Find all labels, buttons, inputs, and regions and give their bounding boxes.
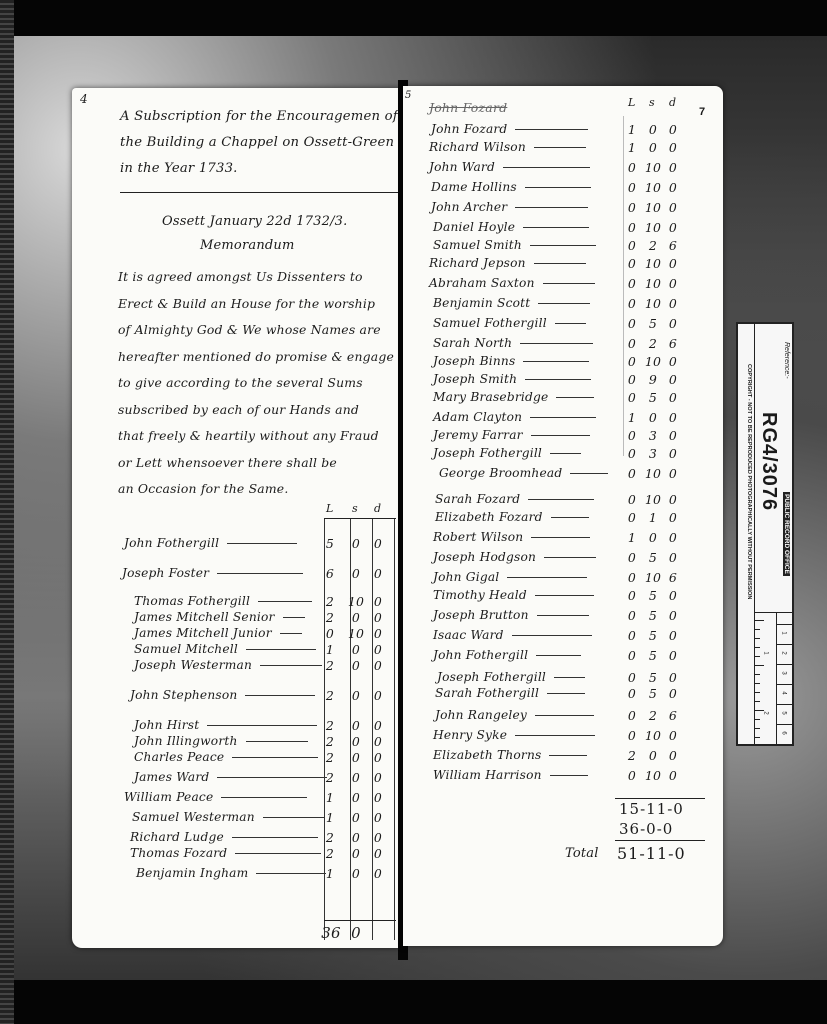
amount-shillings: 5: [643, 686, 663, 701]
amount-shillings: 2: [643, 238, 663, 253]
leader-dash: [221, 797, 307, 798]
subscriber-name: Joseph Binns: [433, 354, 515, 368]
subscriber-name: John Gigal: [433, 570, 499, 584]
scale-tick: [754, 665, 764, 666]
total-rule: [324, 920, 396, 921]
amount-pence: 0: [368, 594, 388, 609]
left-subscription-ledger: LsdJohn Fothergill500Joseph Foster600Tho…: [72, 88, 400, 948]
right-page: 5 Lsd7John FozardJohn Fozard100Richard W…: [403, 86, 723, 946]
amount-pounds: 2: [320, 750, 340, 765]
amount-pounds: 2: [320, 594, 340, 609]
amount-shillings: 0: [346, 810, 366, 825]
subscriber-name: Sarah Fothergill: [435, 686, 539, 700]
amount-pence: 0: [368, 642, 388, 657]
amount-pence: 0: [663, 276, 683, 291]
amount-pounds: 0: [622, 354, 642, 369]
ledger-header-rule: [324, 518, 396, 519]
subscriber-name: Joseph Brutton: [433, 608, 529, 622]
amount-pence: 6: [663, 708, 683, 723]
amount-shillings: 10: [643, 492, 663, 507]
leader-dash: [217, 777, 327, 778]
amount-pence: 0: [368, 846, 388, 861]
amount-pounds: 0: [622, 608, 642, 623]
scale-number: 4: [781, 691, 787, 694]
scale-number: 2: [781, 651, 787, 654]
amount-pence: 0: [368, 734, 388, 749]
subscriber-name: Isaac Ward: [433, 628, 504, 642]
leader-dash: [550, 453, 581, 454]
amount-shillings: 5: [643, 608, 663, 623]
amount-pence: 0: [663, 180, 683, 195]
subscriber-name: John Fozard: [431, 122, 507, 136]
subscriber-name: Joseph Fothergill: [433, 446, 542, 460]
right-subscription-ledger: Lsd7John FozardJohn Fozard100Richard Wil…: [403, 86, 723, 946]
subscriber-name: Samuel Smith: [433, 238, 522, 252]
amount-pence: 0: [663, 670, 683, 685]
leader-dash: [570, 473, 608, 474]
ledger-row: Benjamin Scott: [433, 296, 590, 310]
amount-pence: 0: [663, 748, 683, 763]
amount-pounds: 2: [320, 658, 340, 673]
scale-division: [776, 704, 794, 705]
leader-dash: [260, 665, 322, 666]
amount-pence: 0: [663, 648, 683, 663]
subscriber-name: Thomas Fothergill: [134, 594, 250, 608]
amount-pounds: 0: [622, 728, 642, 743]
amount-pounds: 1: [622, 140, 642, 155]
scale-number: 5: [781, 711, 787, 714]
grand-total-value: 51-11-0: [617, 844, 686, 863]
column-header: d: [374, 502, 381, 515]
subscriber-name: James Mitchell Junior: [134, 626, 272, 640]
amount-pounds: 1: [622, 122, 642, 137]
amount-shillings: 2: [643, 336, 663, 351]
amount-pence: 0: [368, 658, 388, 673]
ledger-row: Dame Hollins: [431, 180, 591, 194]
subscriber-name: James Ward: [134, 770, 209, 784]
amount-pounds: 0: [622, 570, 642, 585]
leader-dash: [227, 543, 297, 544]
ledger-row: Samuel Smith: [433, 238, 596, 252]
amount-pence: 0: [663, 316, 683, 331]
ledger-row: Joseph Fothergill: [433, 446, 581, 460]
subscriber-name: Sarah Fozard: [435, 492, 520, 506]
amount-shillings: 1: [643, 510, 663, 525]
leader-dash: [547, 693, 585, 694]
leader-dash: [538, 303, 590, 304]
scale-tick: [754, 728, 760, 729]
amount-pence: 0: [663, 200, 683, 215]
leader-dash: [534, 147, 586, 148]
scale-tick: [754, 692, 760, 693]
amount-pence: 0: [368, 566, 388, 581]
ledger-row: Sarah North: [433, 336, 593, 350]
ledger-row: James Mitchell Senior: [134, 610, 305, 624]
amount-pounds: 1: [320, 810, 340, 825]
subscriber-name: Elizabeth Fozard: [435, 510, 543, 524]
leader-dash: [520, 343, 593, 344]
scale-tick: [754, 656, 760, 657]
amount-pounds: 6: [320, 566, 340, 581]
leader-dash: [235, 853, 321, 854]
amount-pence: 0: [663, 686, 683, 701]
ledger-row: Charles Peace: [134, 750, 318, 764]
subscriber-name: Jeremy Farrar: [433, 428, 523, 442]
scale-division: [776, 664, 794, 665]
amount-shillings: 0: [346, 536, 366, 551]
amount-shillings: 10: [643, 296, 663, 311]
amount-shillings: 5: [643, 390, 663, 405]
amount-pounds: 0: [622, 428, 642, 443]
amount-pounds: 2: [320, 830, 340, 845]
ledger-row: Henry Syke: [433, 728, 595, 742]
amount-shillings: 10: [643, 570, 663, 585]
scale-division: [776, 724, 794, 725]
ledger-row: Joseph Brutton: [433, 608, 589, 622]
leader-dash: [550, 775, 588, 776]
leader-dash: [556, 397, 594, 398]
amount-pence: 0: [368, 830, 388, 845]
ledger-row: John Archer: [431, 200, 588, 214]
amount-pence: 0: [663, 140, 683, 155]
subscriber-name: Daniel Hoyle: [433, 220, 515, 234]
reference-caption: Reference:-: [783, 342, 790, 379]
corner-mark: 7: [699, 106, 705, 118]
amount-shillings: 10: [643, 466, 663, 481]
amount-pence: 0: [368, 770, 388, 785]
ledger-row: Thomas Fozard: [130, 846, 321, 860]
amount-pounds: 2: [320, 770, 340, 785]
amount-pence: 0: [663, 588, 683, 603]
amount-shillings: 3: [643, 428, 663, 443]
amount-pounds: 1: [622, 410, 642, 425]
ledger-row: Joseph Foster: [122, 566, 303, 580]
ledger-column-rule: [394, 518, 395, 940]
amount-shillings: 5: [643, 550, 663, 565]
subscriber-name: Timothy Heald: [433, 588, 527, 602]
amount-shillings: 0: [346, 770, 366, 785]
scale-sub-number: 1: [763, 651, 769, 654]
amount-pence: 0: [663, 354, 683, 369]
subscriber-name: Richard Jepson: [429, 256, 526, 270]
amount-pence: 0: [663, 160, 683, 175]
amount-shillings: 0: [346, 750, 366, 765]
amount-pence: 0: [368, 718, 388, 733]
subscriber-name: Dame Hollins: [431, 180, 517, 194]
amount-pence: 0: [368, 626, 388, 641]
scale-tick: [754, 629, 760, 630]
scale-tick: [754, 701, 760, 702]
subscriber-name: Henry Syke: [433, 728, 507, 742]
amount-pounds: 2: [320, 734, 340, 749]
ledger-row: George Broomhead: [439, 466, 608, 480]
amount-shillings: 0: [643, 122, 663, 137]
amount-shillings: 3: [643, 446, 663, 461]
amount-shillings: 0: [643, 140, 663, 155]
leader-dash: [258, 601, 312, 602]
amount-pence: 0: [663, 256, 683, 271]
amount-pence: 0: [663, 768, 683, 783]
leader-dash: [530, 417, 596, 418]
amount-pence: 0: [663, 530, 683, 545]
leader-dash: [544, 557, 596, 558]
ledger-row: Sarah Fozard: [435, 492, 594, 506]
amount-pence: 0: [663, 628, 683, 643]
subscriber-name: James Mitchell Senior: [134, 610, 275, 624]
scale-number: 1: [781, 631, 787, 634]
amount-shillings: 0: [346, 566, 366, 581]
amount-pounds: 0: [622, 200, 642, 215]
leader-dash: [515, 735, 595, 736]
amount-shillings: 0: [346, 866, 366, 881]
scale-tick: [754, 638, 760, 639]
leader-dash: [525, 187, 591, 188]
amount-pounds: 0: [622, 296, 642, 311]
leader-dash: [523, 361, 589, 362]
amount-pounds: 0: [622, 492, 642, 507]
column-header: L: [326, 502, 334, 515]
subscriber-name: Sarah North: [433, 336, 512, 350]
amount-shillings: 10: [643, 160, 663, 175]
leader-dash: [245, 695, 315, 696]
leader-dash: [531, 435, 590, 436]
archive-reference-label: Reference:- RG4/3076 PUBLIC RECORD OFFIC…: [736, 322, 794, 746]
scale-tick: [754, 737, 760, 738]
reference-code: RG4/3076: [757, 412, 780, 511]
amount-pounds: 2: [622, 748, 642, 763]
amount-shillings: 10: [643, 276, 663, 291]
amount-shillings: 5: [643, 588, 663, 603]
page-total-pounds: 36: [318, 924, 344, 942]
ledger-row: Timothy Heald: [433, 588, 594, 602]
ledger-row: Elizabeth Thorns: [433, 748, 587, 762]
amount-shillings: 5: [643, 628, 663, 643]
ledger-row: Abraham Saxton: [429, 276, 595, 290]
leader-dash: [515, 207, 588, 208]
leader-dash: [283, 617, 305, 618]
subscriber-name: Samuel Fothergill: [433, 316, 547, 330]
ledger-row: John Fozard: [431, 122, 588, 136]
amount-shillings: 10: [643, 354, 663, 369]
subscriber-name: Joseph Foster: [122, 566, 209, 580]
leader-dash: [246, 649, 316, 650]
leader-dash: [531, 537, 590, 538]
ledger-row: Richard Wilson: [429, 140, 586, 154]
amount-pounds: 2: [320, 688, 340, 703]
subscriber-name: Richard Wilson: [429, 140, 526, 154]
amount-shillings: 10: [643, 728, 663, 743]
amount-pence: 0: [663, 220, 683, 235]
amount-pence: 0: [663, 390, 683, 405]
amount-pounds: 0: [622, 588, 642, 603]
subscriber-name: Abraham Saxton: [429, 276, 535, 290]
leader-dash: [217, 573, 303, 574]
subscriber-name: Charles Peace: [134, 750, 224, 764]
amount-pence: 0: [368, 688, 388, 703]
leader-dash: [555, 323, 586, 324]
ledger-row: Samuel Mitchell: [134, 642, 316, 656]
ledger-row: Joseph Smith: [433, 372, 591, 386]
ledger-row: Robert Wilson: [433, 530, 590, 544]
subscriber-name: John Rangeley: [435, 708, 527, 722]
amount-shillings: 10: [643, 768, 663, 783]
amount-pence: 0: [663, 608, 683, 623]
amount-pence: 0: [368, 866, 388, 881]
label-rule: [754, 324, 755, 744]
ledger-row: Joseph Westerman: [134, 658, 322, 672]
ledger-row: Adam Clayton: [433, 410, 596, 424]
leader-dash: [549, 755, 587, 756]
amount-pence: 6: [663, 238, 683, 253]
ledger-row: James Mitchell Junior: [134, 626, 302, 640]
amount-pence: 0: [663, 728, 683, 743]
amount-pounds: 0: [622, 510, 642, 525]
column-header: L: [628, 96, 636, 109]
amount-shillings: 0: [346, 688, 366, 703]
scale-division: [776, 624, 794, 625]
leader-dash: [535, 595, 594, 596]
amount-pence: 0: [368, 610, 388, 625]
amount-shillings: 10: [346, 626, 366, 641]
amount-pence: 0: [368, 536, 388, 551]
amount-pounds: 0: [622, 708, 642, 723]
amount-pounds: 0: [622, 276, 642, 291]
amount-pence: 6: [663, 336, 683, 351]
ledger-row: Thomas Fothergill: [134, 594, 312, 608]
amount-pence: 0: [663, 492, 683, 507]
amount-pounds: 0: [320, 626, 340, 641]
subscriber-name: Mary Brasebridge: [433, 390, 548, 404]
amount-pounds: 1: [622, 530, 642, 545]
ledger-row: Benjamin Ingham: [136, 866, 326, 880]
subscriber-name: Robert Wilson: [433, 530, 523, 544]
amount-shillings: 5: [643, 648, 663, 663]
amount-shillings: 0: [643, 410, 663, 425]
amount-pence: 0: [663, 446, 683, 461]
scale-tick: [754, 620, 764, 621]
amount-pounds: 0: [622, 648, 642, 663]
amount-pounds: 2: [320, 846, 340, 861]
leader-dash: [534, 263, 586, 264]
ledger-row: Samuel Westerman: [132, 810, 325, 824]
amount-pence: 0: [663, 372, 683, 387]
amount-pence: 0: [663, 122, 683, 137]
amount-pounds: 0: [622, 160, 642, 175]
ledger-row: Joseph Binns: [433, 354, 589, 368]
leader-dash: [503, 167, 590, 168]
amount-pounds: 0: [622, 238, 642, 253]
leader-dash: [246, 741, 308, 742]
ledger-row: Daniel Hoyle: [433, 220, 589, 234]
subscriber-name: John Illingworth: [134, 734, 238, 748]
subscriber-name: John Stephenson: [130, 688, 237, 702]
leader-dash: [528, 499, 594, 500]
subscriber-name: Joseph Fothergill: [437, 670, 546, 684]
amount-pounds: 2: [320, 718, 340, 733]
ledger-row: Isaac Ward: [433, 628, 592, 642]
subscriber-name: Adam Clayton: [433, 410, 522, 424]
leader-dash: [554, 677, 585, 678]
scale-sub-number: 2: [763, 711, 769, 714]
label-rule: [754, 612, 794, 613]
subtotal-value: 15-11-0: [619, 800, 684, 818]
leader-dash: [536, 655, 581, 656]
amount-pounds: 2: [320, 610, 340, 625]
leader-dash: [512, 635, 592, 636]
amount-pounds: 0: [622, 670, 642, 685]
leader-dash: [232, 757, 318, 758]
leader-dash: [551, 517, 589, 518]
ledger-row: Joseph Fothergill: [437, 670, 585, 684]
scale-number: 6: [781, 731, 787, 734]
amount-pounds: 1: [320, 866, 340, 881]
amount-shillings: 10: [346, 594, 366, 609]
ledger-row: Elizabeth Fozard: [435, 510, 589, 524]
ledger-row: John Stephenson: [130, 688, 315, 702]
leader-dash: [207, 725, 317, 726]
amount-pounds: 5: [320, 536, 340, 551]
column-header: s: [352, 502, 358, 515]
ledger-row: Sarah Fothergill: [435, 686, 585, 700]
column-header: s: [649, 96, 655, 109]
subscriber-name: Richard Ludge: [130, 830, 224, 844]
amount-pounds: 0: [622, 256, 642, 271]
struck-out-entry: John Fozard: [429, 100, 507, 115]
ledger-row: William Peace: [124, 790, 307, 804]
subscriber-name: John Archer: [431, 200, 507, 214]
scale-division: [776, 684, 794, 685]
leader-dash: [507, 577, 587, 578]
amount-shillings: 5: [643, 670, 663, 685]
subscriber-name: Benjamin Ingham: [136, 866, 248, 880]
amount-shillings: 0: [643, 530, 663, 545]
amount-shillings: 2: [643, 708, 663, 723]
total-label: Total: [565, 846, 599, 861]
amount-shillings: 10: [643, 256, 663, 271]
amount-pounds: 0: [622, 628, 642, 643]
leader-dash: [263, 817, 325, 818]
copyright-notice: COPYRIGHT - NOT TO BE REPRODUCED PHOTOGR…: [746, 364, 752, 599]
subscriber-name: Joseph Smith: [433, 372, 517, 386]
subscriber-name: George Broomhead: [439, 466, 562, 480]
subscriber-name: William Peace: [124, 790, 213, 804]
scale-tick: [754, 683, 760, 684]
amount-pence: 0: [663, 550, 683, 565]
subscriber-name: John Hirst: [134, 718, 199, 732]
page-total-shillings: 0: [346, 924, 366, 942]
left-page: 4 A Subscription for the Encouragemen of…: [72, 88, 400, 948]
leader-dash: [537, 615, 589, 616]
ledger-row: Mary Brasebridge: [433, 390, 594, 404]
ledger-row: William Harrison: [433, 768, 588, 782]
label-rule: [776, 612, 777, 746]
subscriber-name: Elizabeth Thorns: [433, 748, 541, 762]
leader-dash: [543, 283, 595, 284]
leader-dash: [523, 227, 589, 228]
total-rule: [615, 840, 705, 841]
amount-pounds: 0: [622, 220, 642, 235]
leader-dash: [525, 379, 591, 380]
leader-dash: [232, 837, 318, 838]
subtotal-rule: [615, 798, 705, 799]
amount-pounds: 0: [622, 372, 642, 387]
amount-shillings: 0: [346, 642, 366, 657]
amount-pence: 0: [663, 296, 683, 311]
amount-pounds: 1: [320, 790, 340, 805]
leader-dash: [530, 245, 596, 246]
scale-tick: [754, 647, 760, 648]
amount-pounds: 0: [622, 466, 642, 481]
